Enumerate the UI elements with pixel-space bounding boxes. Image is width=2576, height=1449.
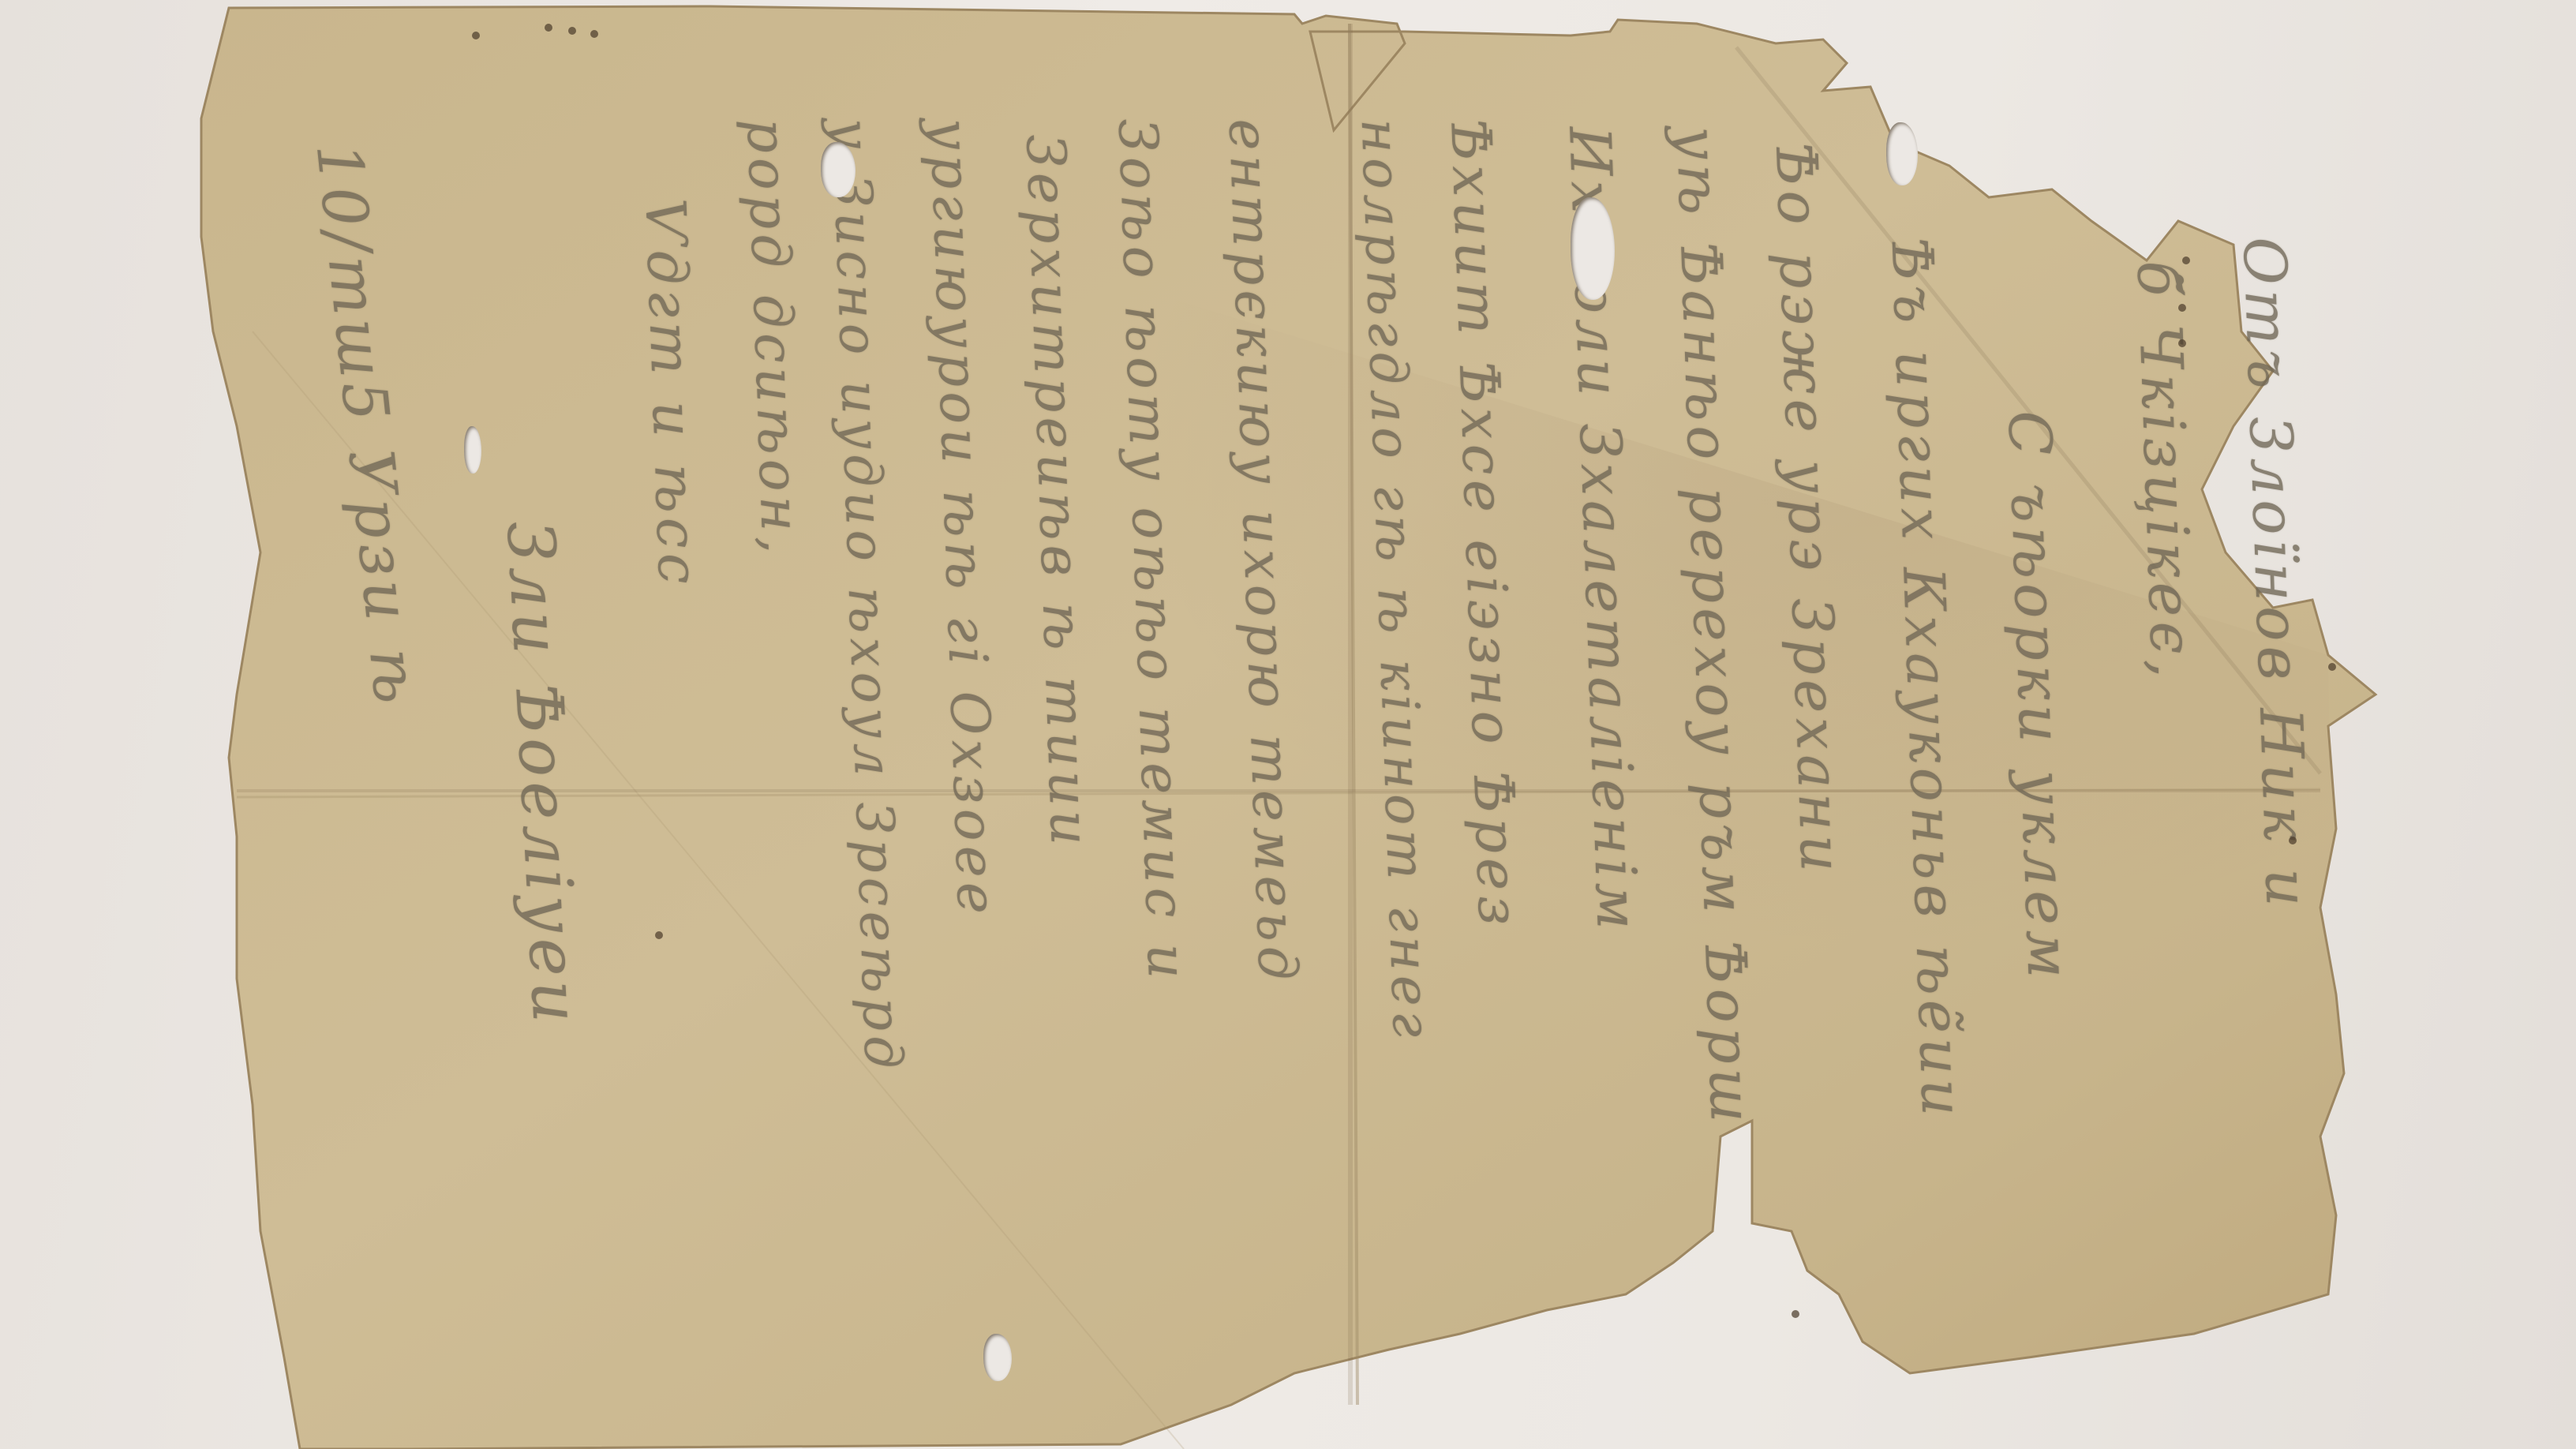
ink-speck [545, 24, 552, 32]
ink-speck [2178, 339, 2186, 347]
vertical-fold-crease [1348, 24, 1353, 1405]
paper-hole [1571, 197, 1615, 300]
ink-speck [472, 32, 480, 39]
ink-speck [2182, 256, 2190, 264]
ink-speck [655, 931, 663, 939]
ink-speck [568, 27, 576, 35]
paper-hole [464, 426, 481, 474]
paper-hole [821, 142, 856, 197]
ink-speck [2328, 663, 2336, 671]
ink-speck [1792, 1310, 1799, 1318]
paper-hole [983, 1334, 1012, 1381]
ink-speck [2178, 304, 2186, 312]
letter-paper: Отъ Злоїнов Ник иб̃ Чкізцікеє,С ъѣорки у… [0, 0, 2576, 1449]
ink-speck [2289, 837, 2297, 844]
handwritten-line: Ѵдгт и ѣсс [632, 197, 710, 590]
paper-hole [1886, 122, 1918, 185]
ink-speck [590, 30, 598, 38]
